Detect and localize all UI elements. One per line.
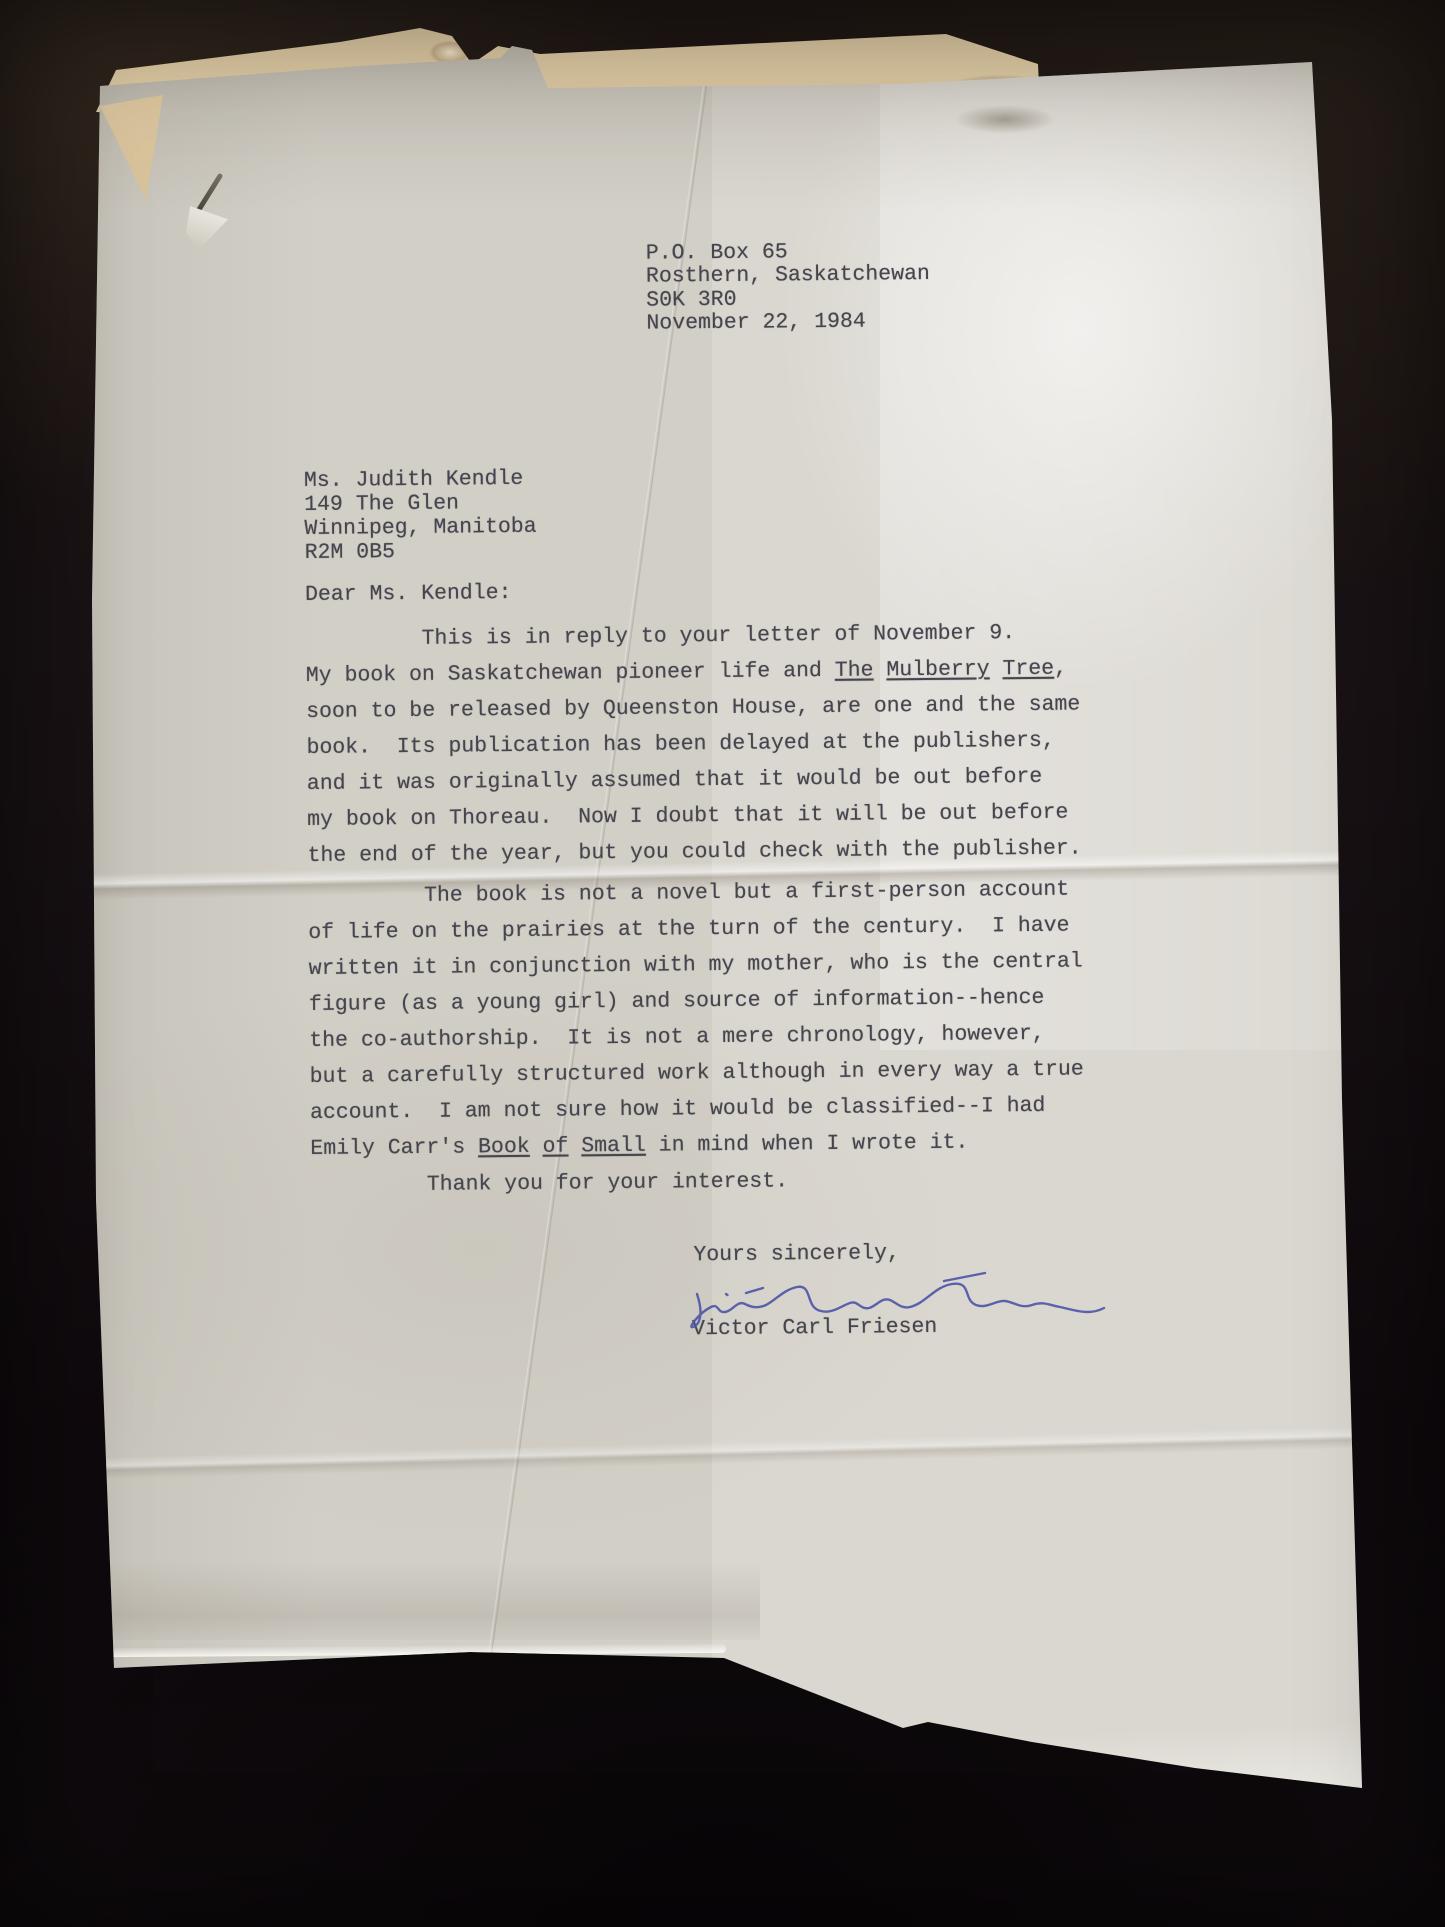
photo-of-letter: P.O. Box 65Rosthern, SaskatchewanS0K 3R0… bbox=[0, 0, 1445, 1927]
text-line: S0K 3R0 bbox=[646, 287, 930, 313]
paragraph-2: The book is not a novel but a first-pers… bbox=[308, 872, 1085, 1167]
text-line: 149 The Glen bbox=[304, 491, 536, 517]
closing: Yours sincerely, bbox=[693, 1241, 900, 1267]
recipient-address: Ms. Judith Kendle149 The GlenWinnipeg, M… bbox=[304, 467, 537, 565]
paragraph-3: Thank you for your interest. bbox=[311, 1163, 789, 1204]
sender-address: P.O. Box 65Rosthern, SaskatchewanS0K 3R0… bbox=[646, 240, 931, 336]
salutation: Dear Ms. Kendle: bbox=[305, 581, 512, 607]
text-line: the end of the year, but you could check… bbox=[307, 831, 1081, 874]
text-line: Rosthern, Saskatchewan bbox=[646, 263, 930, 289]
text-line: R2M 0B5 bbox=[305, 539, 537, 565]
text-line: Ms. Judith Kendle bbox=[304, 467, 536, 493]
typewritten-text: P.O. Box 65Rosthern, SaskatchewanS0K 3R0… bbox=[0, 0, 1445, 1927]
text-line: Thank you for your interest. bbox=[311, 1163, 789, 1204]
text-line: November 22, 1984 bbox=[646, 310, 930, 336]
paragraph-1: This is in reply to your letter of Novem… bbox=[305, 615, 1082, 874]
text-line: Emily Carr's Book of Small in mind when … bbox=[310, 1124, 1084, 1167]
signed-name: Victor Carl Friesen bbox=[692, 1315, 937, 1341]
text-line: Winnipeg, Manitoba bbox=[304, 515, 536, 541]
